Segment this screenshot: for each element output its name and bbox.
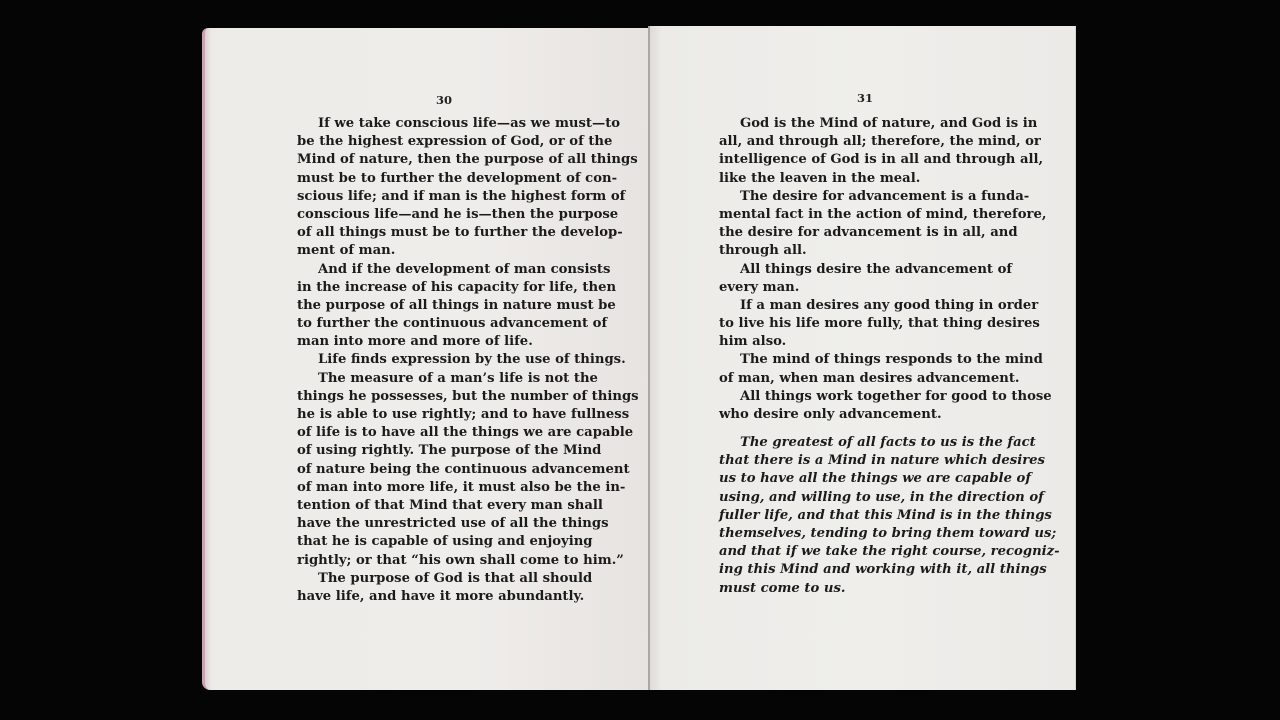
text-line: to further the continuous advancement of	[297, 315, 581, 333]
text-line: mental fact in the action of mind, there…	[719, 206, 1001, 224]
text-line: of life is to have all the things we are…	[297, 424, 581, 442]
text-line: God is the Mind of nature, and God is in	[719, 115, 1001, 133]
text-line: The measure of a man’s life is not the	[297, 370, 581, 388]
text-line: using, and willing to use, in the direct…	[719, 489, 1001, 507]
text-line: scious life; and if man is the highest f…	[297, 188, 581, 206]
text-line: The greatest of all facts to us is the f…	[719, 434, 1001, 452]
text-line: of using rightly. The purpose of the Min…	[297, 442, 581, 460]
text-line: that there is a Mind in nature which des…	[719, 452, 1001, 470]
text-line: man into more and more of life.	[297, 333, 581, 351]
text-line: of man, when man desires advancement.	[719, 370, 1001, 388]
text-line: fuller life, and that this Mind is in th…	[719, 507, 1001, 525]
text-line: of all things must be to further the dev…	[297, 224, 581, 242]
text-line: the desire for advancement is in all, an…	[719, 224, 1001, 242]
text-line: All things work together for good to tho…	[719, 388, 1001, 406]
text-line: to live his life more fully, that thing …	[719, 315, 1001, 333]
text-line: every man.	[719, 279, 1001, 297]
text-line: like the leaven in the meal.	[719, 170, 1001, 188]
text-line: he is able to use rightly; and to have f…	[297, 406, 581, 424]
text-line: that he is capable of using and enjoying	[297, 533, 581, 551]
text-line: things he possesses, but the number of t…	[297, 388, 581, 406]
text-line: conscious life—and he is—then the purpos…	[297, 206, 581, 224]
text-line: intelligence of God is in all and throug…	[719, 151, 1001, 169]
text-line: ing this Mind and working with it, all t…	[719, 561, 1001, 579]
left-page-text: If we take conscious life—as we must—tob…	[297, 115, 581, 606]
text-line: be the highest expression of God, or of …	[297, 133, 581, 151]
text-line: rightly; or that “his own shall come to …	[297, 552, 581, 570]
right-page: 31 God is the Mind of nature, and God is…	[650, 26, 1076, 690]
text-line: of man into more life, it must also be t…	[297, 479, 581, 497]
text-line: of nature being the continuous advanceme…	[297, 461, 581, 479]
text-line: all, and through all; therefore, the min…	[719, 133, 1001, 151]
text-line: tention of that Mind that every man shal…	[297, 497, 581, 515]
text-line: who desire only advancement.	[719, 406, 1001, 424]
text-line: must be to further the development of co…	[297, 170, 581, 188]
text-line: The desire for advancement is a funda-	[719, 188, 1001, 206]
text-line: in the increase of his capacity for life…	[297, 279, 581, 297]
text-line: us to have all the things we are capable…	[719, 470, 1001, 488]
text-line: him also.	[719, 333, 1001, 351]
right-page-italic-text: The greatest of all facts to us is the f…	[719, 434, 1001, 598]
text-line: Mind of nature, then the purpose of all …	[297, 151, 581, 169]
text-line: must come to us.	[719, 580, 1001, 598]
text-line: If a man desires any good thing in order	[719, 297, 1001, 315]
text-line: the purpose of all things in nature must…	[297, 297, 581, 315]
text-line: And if the development of man consists	[297, 261, 581, 279]
text-line: All things desire the advancement of	[719, 261, 1001, 279]
text-line: themselves, tending to bring them toward…	[719, 525, 1001, 543]
right-page-text: God is the Mind of nature, and God is in…	[719, 115, 1001, 424]
text-line: and that if we take the right course, re…	[719, 543, 1001, 561]
text-line: The mind of things responds to the mind	[719, 351, 1001, 369]
page-number-right: 31	[857, 91, 873, 105]
text-line: If we take conscious life—as we must—to	[297, 115, 581, 133]
text-line: have life, and have it more abundantly.	[297, 588, 581, 606]
text-line: through all.	[719, 242, 1001, 260]
text-line: ment of man.	[297, 242, 581, 260]
text-line: The purpose of God is that all should	[297, 570, 581, 588]
text-line: Life finds expression by the use of thin…	[297, 351, 581, 369]
page-number-left: 30	[436, 93, 452, 107]
open-book: 30 If we take conscious life—as we must—…	[202, 26, 1077, 692]
text-line: have the unrestricted use of all the thi…	[297, 515, 581, 533]
left-page: 30 If we take conscious life—as we must—…	[202, 28, 652, 690]
